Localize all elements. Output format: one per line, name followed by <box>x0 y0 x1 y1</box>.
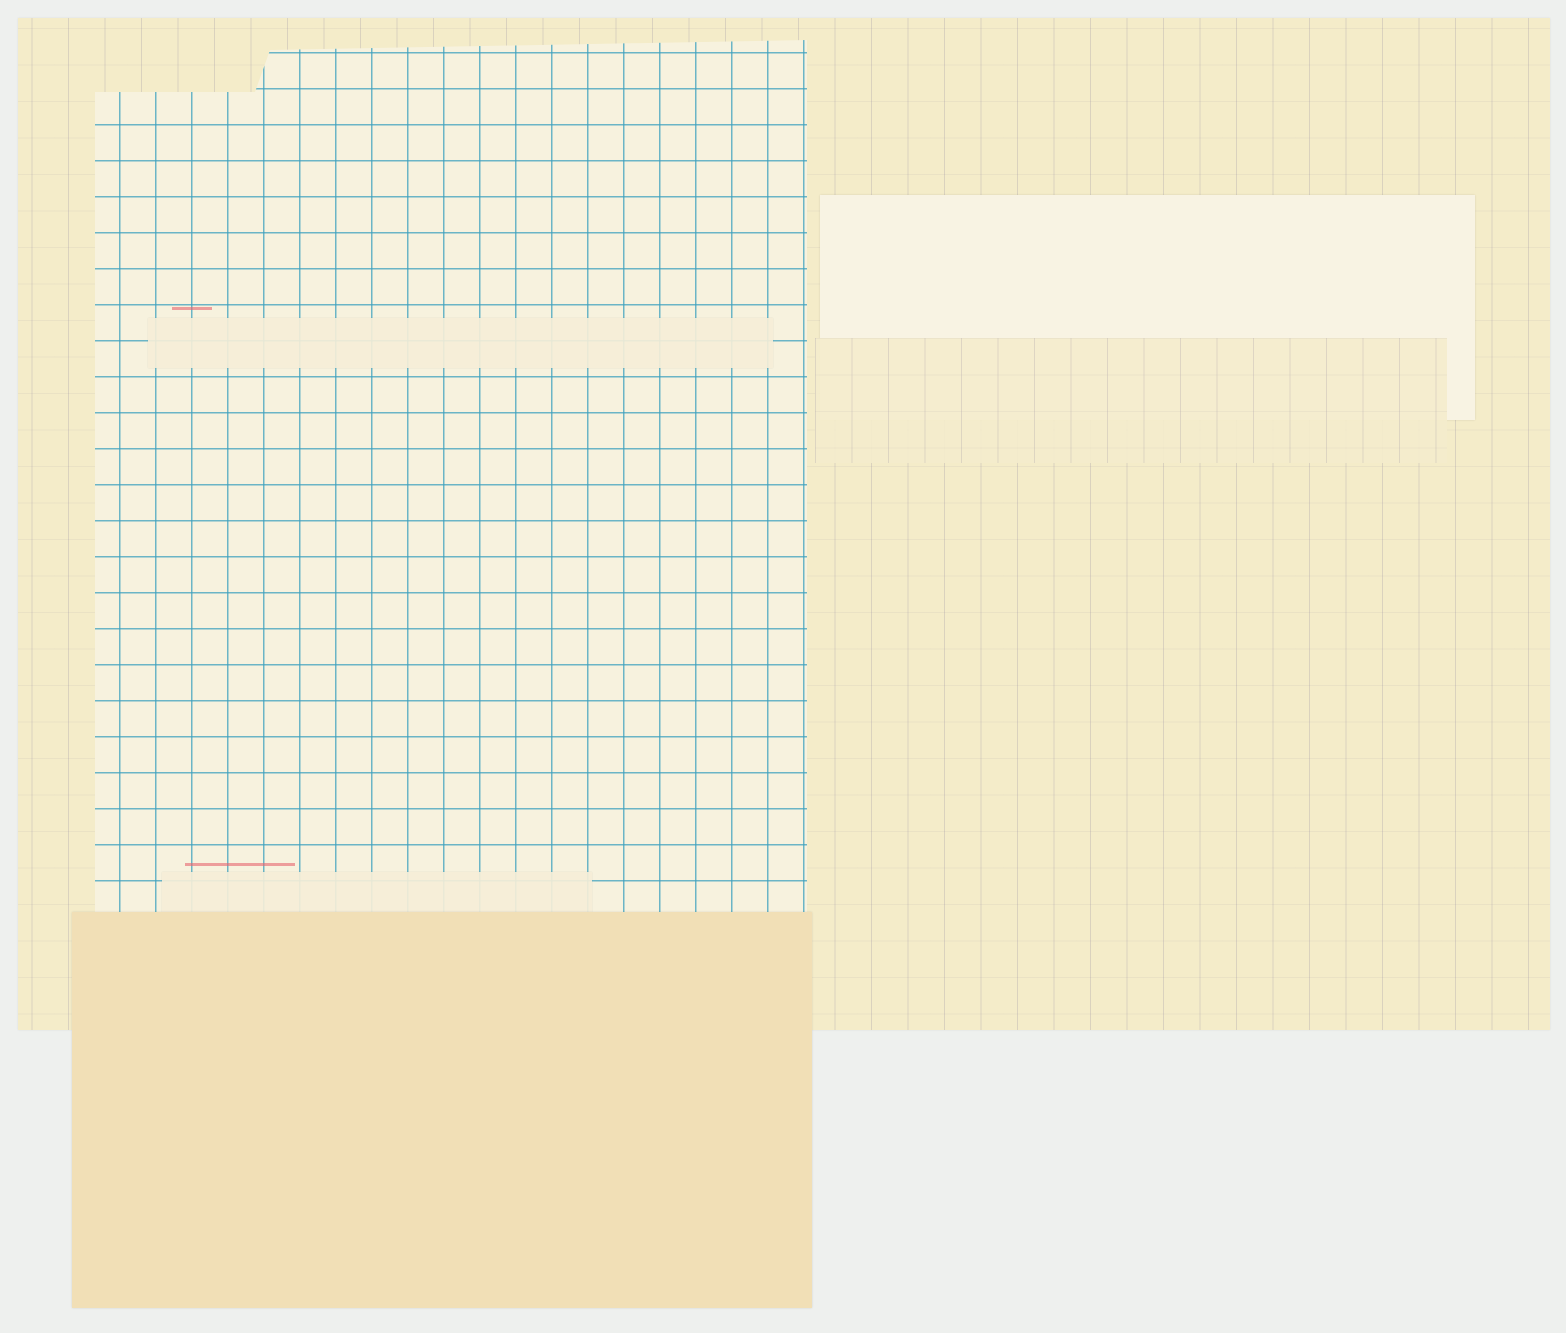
pasted-ruled-strip <box>815 338 1447 463</box>
pasted-strip-harmonium <box>148 318 773 368</box>
graph-paper-slip <box>95 40 807 920</box>
tan-paper-slip <box>72 912 812 1308</box>
red-strikethrough <box>172 307 212 310</box>
red-underline <box>185 863 295 866</box>
pasted-strip-dyplom <box>162 872 592 916</box>
